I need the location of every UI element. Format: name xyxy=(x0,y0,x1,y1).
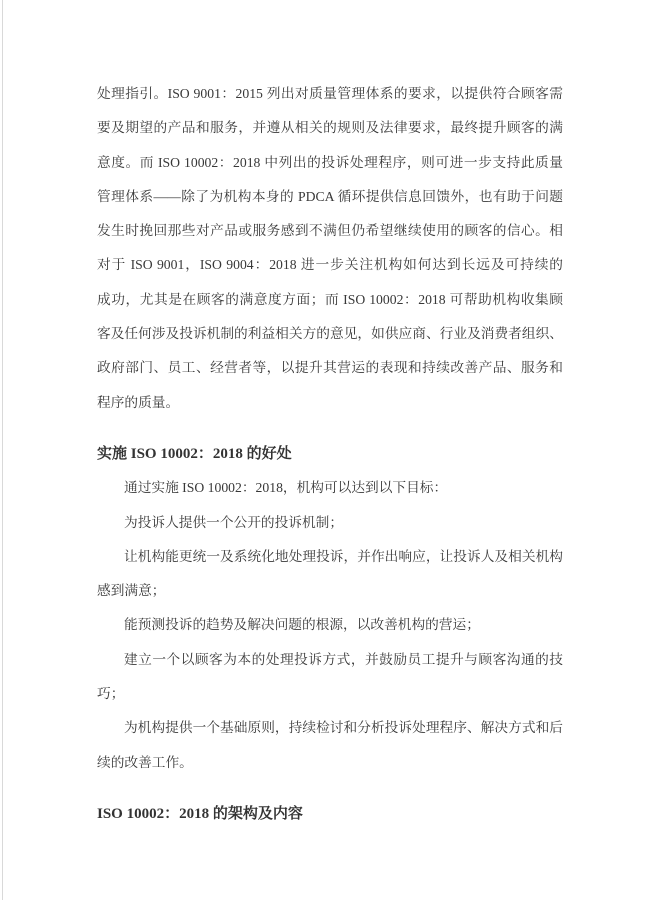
paragraph-line: 要及期望的产品和服务，并遵从相关的规则及法律要求，最终提升顾客的满 xyxy=(97,111,563,145)
paragraph-line: 续的改善工作。 xyxy=(97,746,563,780)
heading-structure: ISO 10002：2018 的架构及内容 xyxy=(97,797,563,831)
paragraph-line: 处理指引。ISO 9001：2015 列出对质量管理体系的要求，以提供符合顾客需 xyxy=(97,77,563,111)
paragraph-line: 感到满意； xyxy=(97,574,563,608)
document-page: { "page": { "background": "#ffffff", "ed… xyxy=(0,0,657,900)
paragraph-line: 让机构能更统一及系统化地处理投诉，并作出响应，让投诉人及相关机构 xyxy=(97,540,563,574)
paragraph-line: 为机构提供一个基础原则，持续检讨和分析投诉处理程序、解决方式和后 xyxy=(97,711,563,745)
paragraph-line: 程序的质量。 xyxy=(97,386,563,420)
paragraph-line: 客及任何涉及投诉机制的利益相关方的意见，如供应商、行业及消费者组织、 xyxy=(97,317,563,351)
paragraph-line: 通过实施 ISO 10002：2018，机构可以达到以下目标： xyxy=(97,471,563,505)
paragraph-line: 建立一个以顾客为本的处理投诉方式，并鼓励员工提升与顾客沟通的技 xyxy=(97,643,563,677)
intro-paragraph: 处理指引。ISO 9001：2015 列出对质量管理体系的要求，以提供符合顾客需… xyxy=(97,77,563,420)
paragraph-line: 为投诉人提供一个公开的投诉机制； xyxy=(97,506,563,540)
paragraph-line: 成功，尤其是在顾客的满意度方面；而 ISO 10002：2018 可帮助机构收集… xyxy=(97,283,563,317)
paragraph-line: 对于 ISO 9001，ISO 9004：2018 进一步关注机构如何达到长远及… xyxy=(97,248,563,282)
paragraph-line: 意度。而 ISO 10002：2018 中列出的投诉处理程序，则可进一步支持此质… xyxy=(97,146,563,180)
paragraph-line: 能预测投诉的趋势及解决问题的根源，以改善机构的营运； xyxy=(97,608,563,642)
heading-benefits: 实施 ISO 10002：2018 的好处 xyxy=(97,437,563,471)
page-edge-line xyxy=(2,0,3,900)
paragraph-line: 政府部门、员工、经营者等，以提升其营运的表现和持续改善产品、服务和 xyxy=(97,351,563,385)
document-body: 处理指引。ISO 9001：2015 列出对质量管理体系的要求，以提供符合顾客需… xyxy=(97,77,563,831)
paragraph-line: 发生时挽回那些对产品或服务感到不满但仍希望继续使用的顾客的信心。相 xyxy=(97,214,563,248)
paragraph-line: 管理体系——除了为机构本身的 PDCA 循环提供信息回馈外，也有助于问题 xyxy=(97,180,563,214)
benefits-section: 通过实施 ISO 10002：2018，机构可以达到以下目标： 为投诉人提供一个… xyxy=(97,471,563,780)
paragraph-line: 巧； xyxy=(97,677,563,711)
